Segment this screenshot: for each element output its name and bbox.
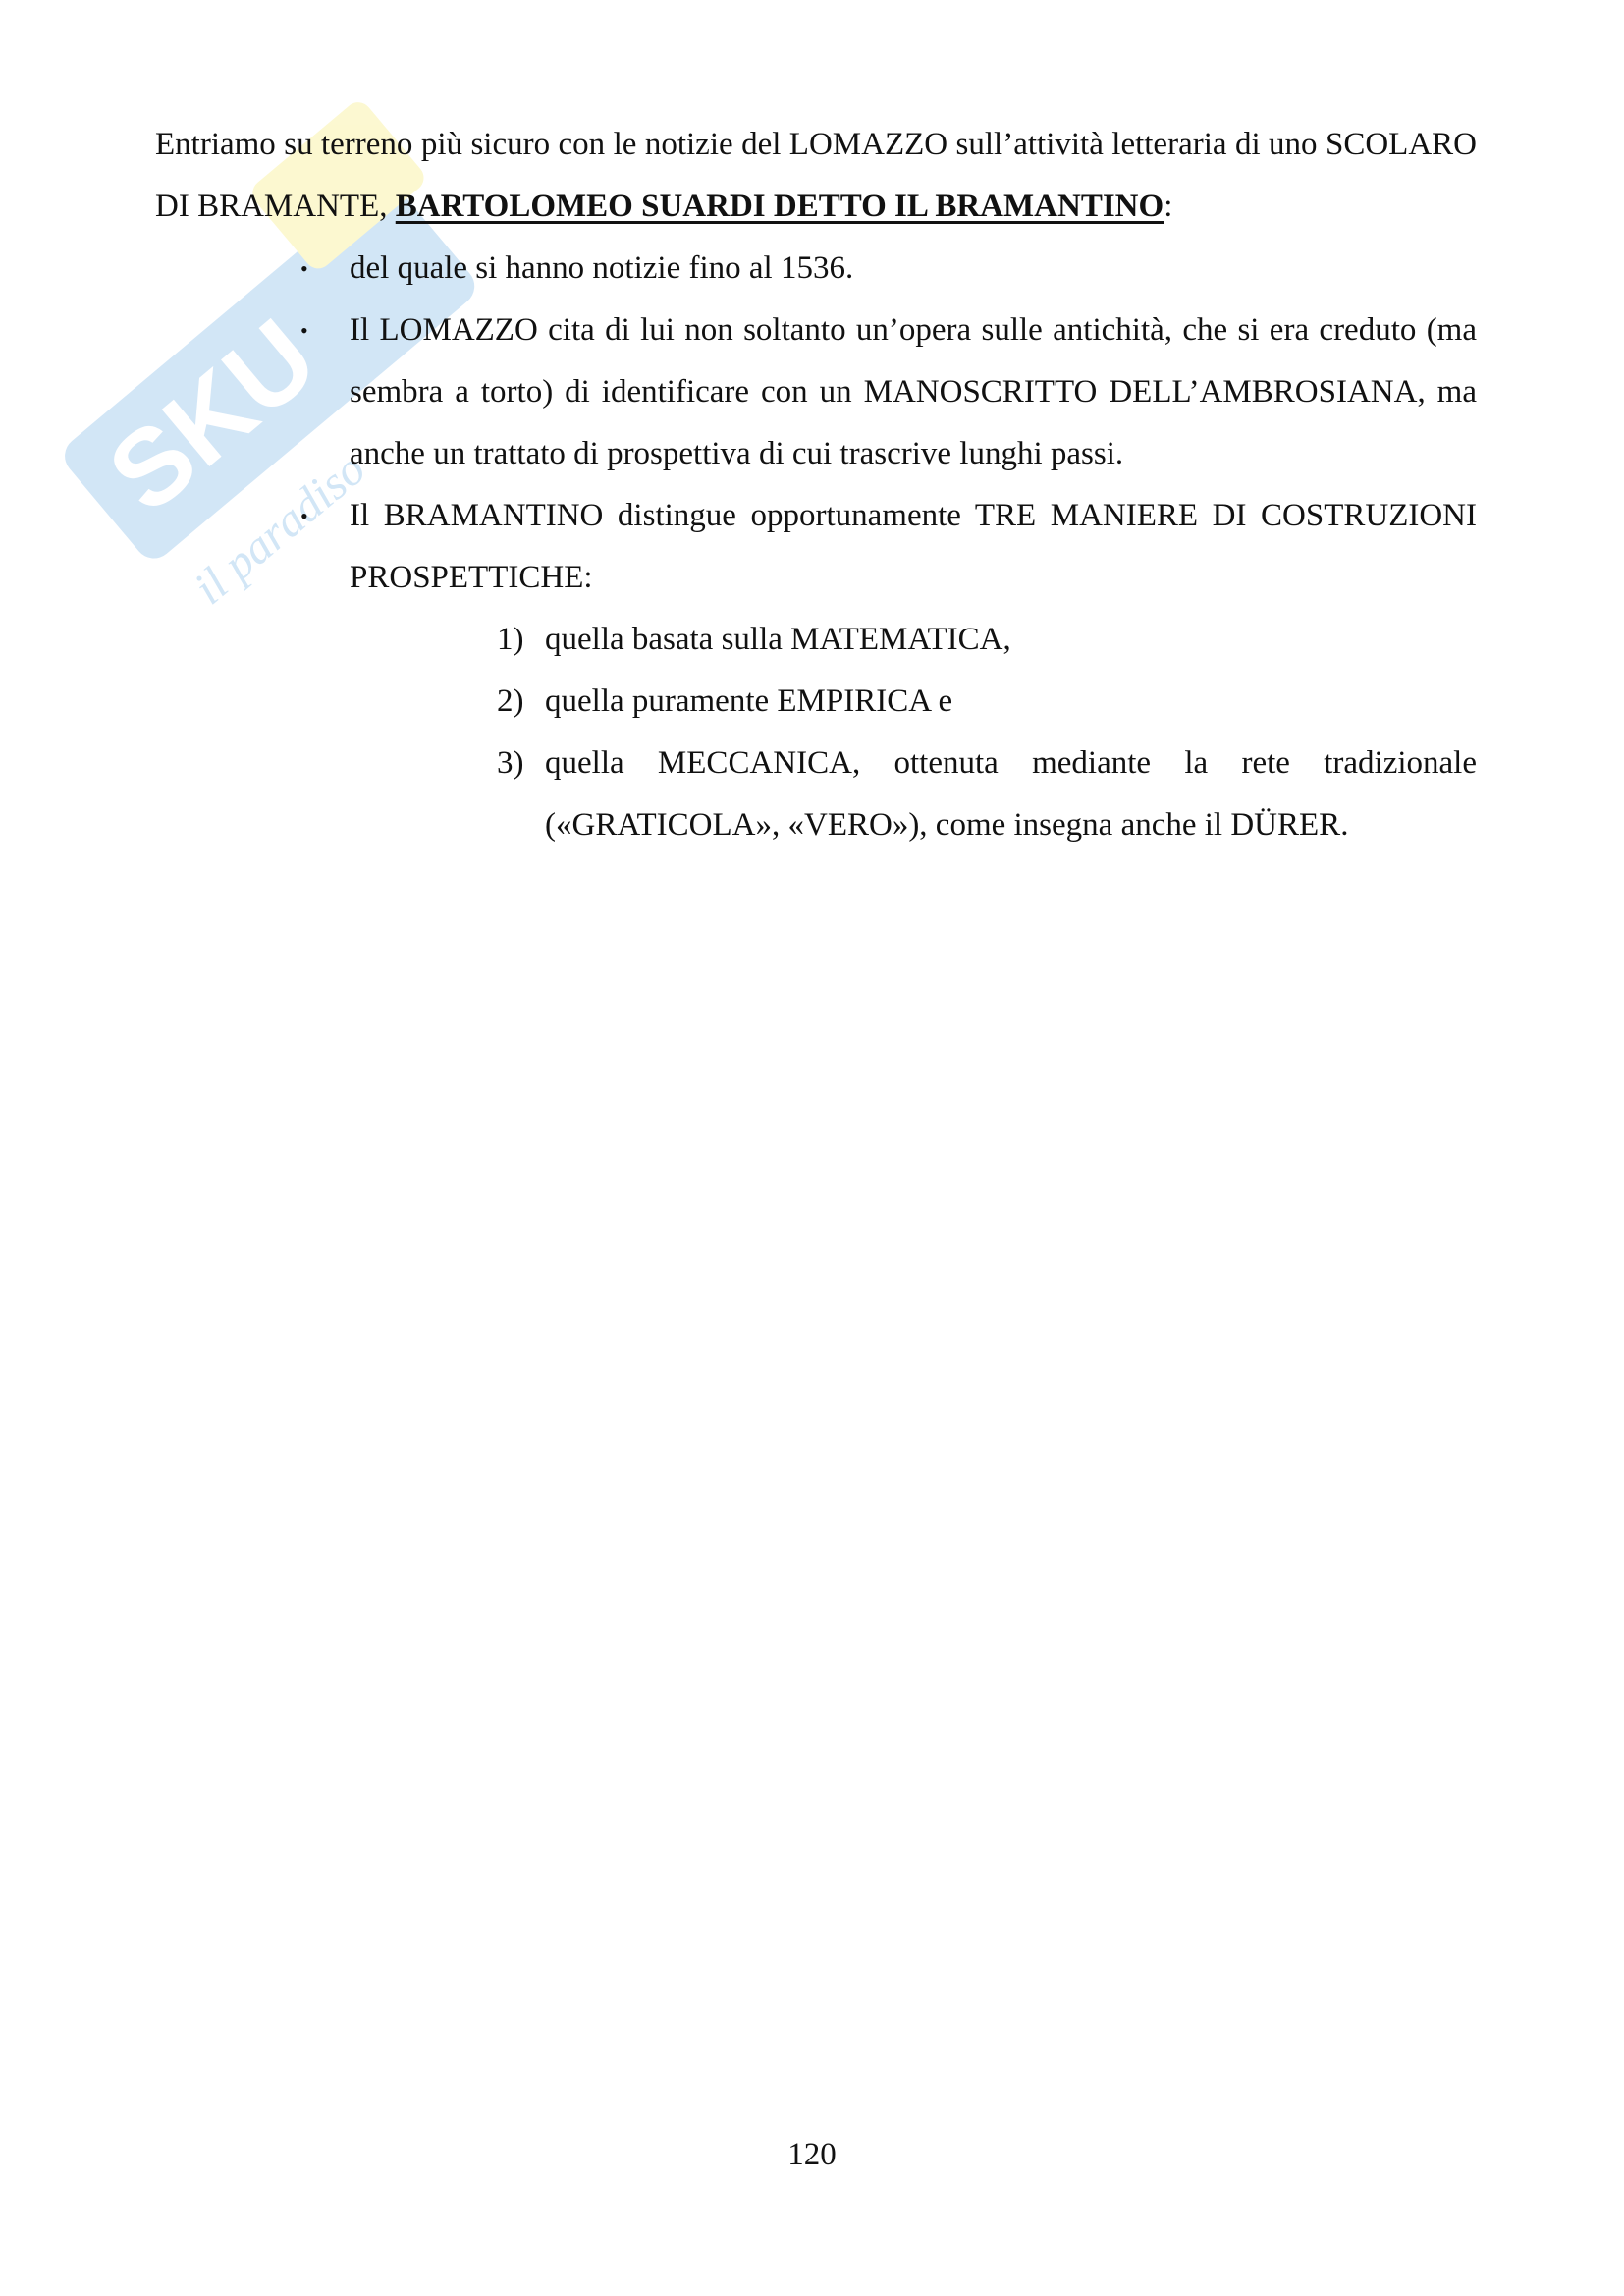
highlighted-name: BARTOLOMEO SUARDI DETTO IL BRAMANTINO: [396, 189, 1164, 224]
page-number: 120: [0, 2137, 1624, 2173]
bullet-item: •Il BRAMANTINO distingue opportunamente …: [155, 485, 1477, 609]
numbered-item: 2)quella puramente EMPIRICA e: [155, 671, 1477, 733]
document-body: Entriamo su terreno più sicuro con le no…: [155, 114, 1477, 856]
bullet-icon: •: [300, 485, 308, 547]
bullet-item: •Il LOMAZZO cita di lui non soltanto un’…: [155, 300, 1477, 485]
numbered-item: 1)quella basata sulla MATEMATICA,: [155, 609, 1477, 671]
intro-paragraph: Entriamo su terreno più sicuro con le no…: [155, 114, 1477, 238]
numbered-item: 3)quella MECCANICA, ottenuta mediante la…: [155, 733, 1477, 856]
bullet-icon: •: [300, 300, 308, 361]
bullet-item: •del quale si hanno notizie fino al 1536…: [155, 238, 1477, 300]
bullet-list: •del quale si hanno notizie fino al 1536…: [155, 238, 1477, 609]
bullet-icon: •: [300, 238, 308, 300]
numbered-list: 1)quella basata sulla MATEMATICA, 2)quel…: [155, 609, 1477, 856]
